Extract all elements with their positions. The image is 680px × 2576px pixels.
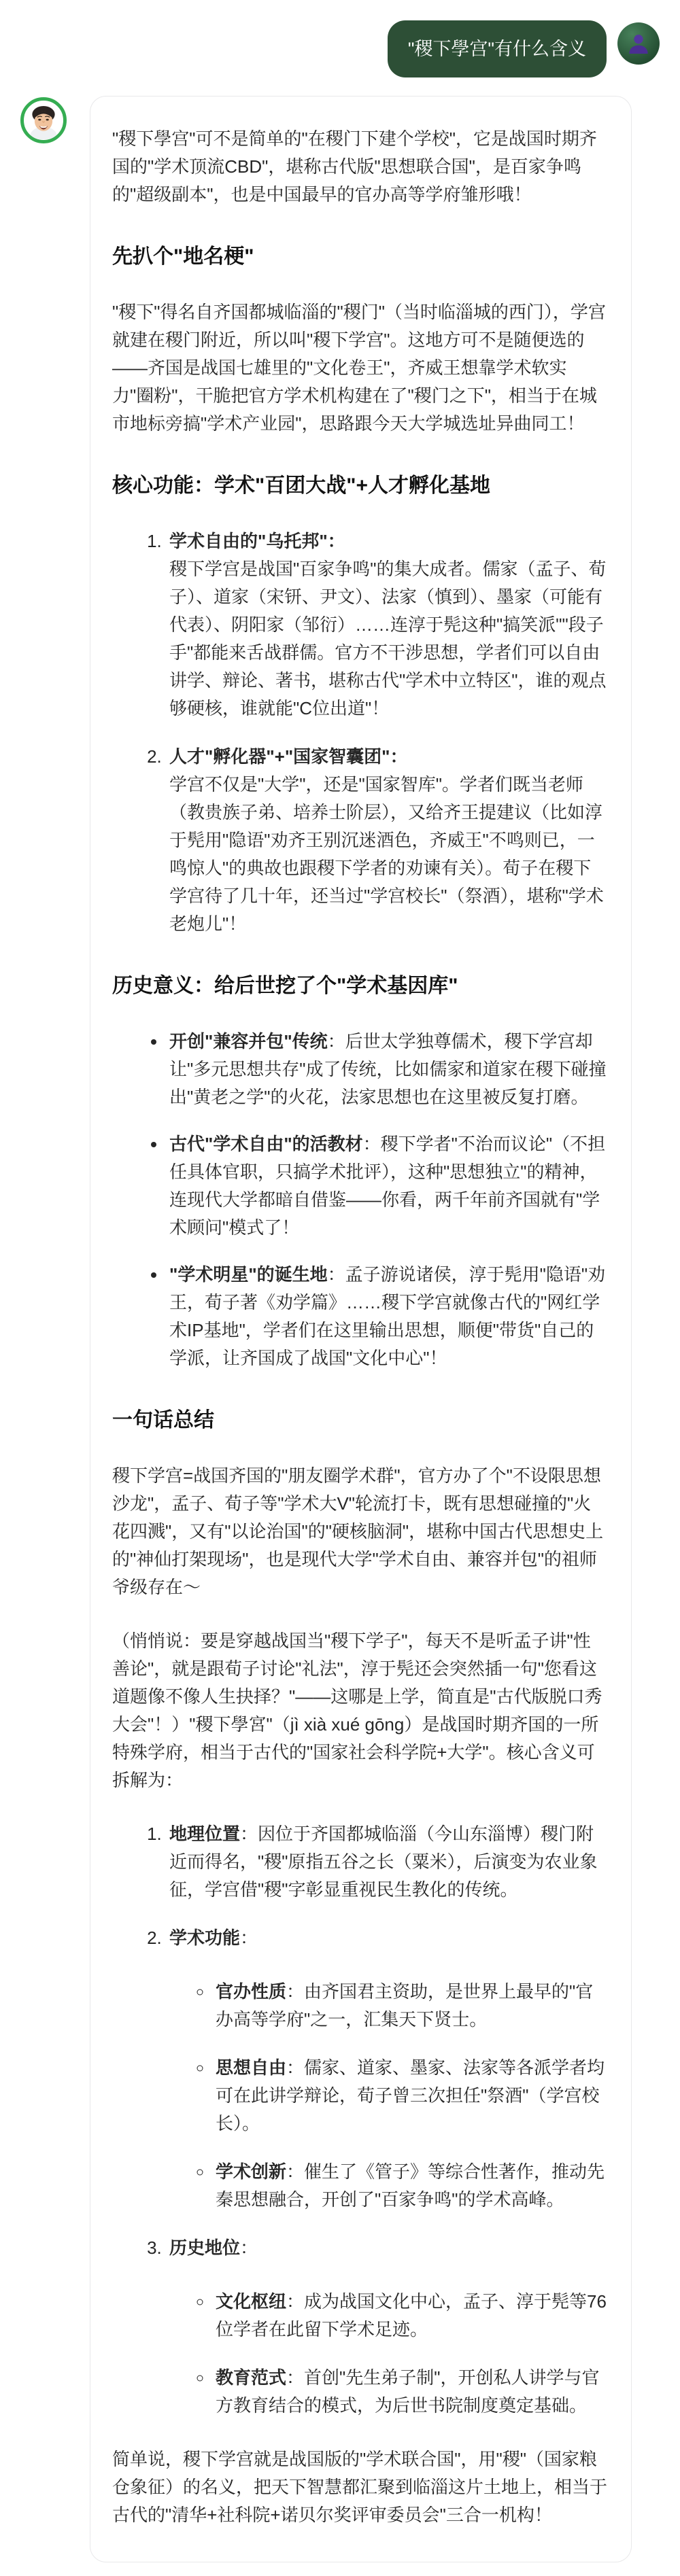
- paragraph: 稷下学宫=战国齐国的"朋友圈学术群"，官方办了个"不设限思想沙龙"，孟子、荀子等…: [112, 1462, 608, 1601]
- numbered-item: 历史地位：文化枢纽：成为战国文化中心，孟子、淳于髡等76位学者在此留下学术足迹。…: [167, 2234, 608, 2420]
- item-lead: 地理位置: [169, 1824, 240, 1844]
- item-lead: 文化枢纽: [216, 2291, 286, 2312]
- paragraph: "稷下學宫"可不是简单的"在稷门下建个学校"，它是战国时期齐国的"学术顶流CBD…: [112, 125, 608, 209]
- item-lead: 学术创新: [216, 2161, 286, 2182]
- assistant-message-bubble: "稷下學宫"可不是简单的"在稷门下建个学校"，它是战国时期齐国的"学术顶流CBD…: [90, 96, 632, 2562]
- numbered-list: 地理位置：因位于齐国都城临淄（今山东淄博）稷门附近而得名，"稷"原指五谷之长（粟…: [112, 1820, 608, 2420]
- section-heading: 历史意义：给后世挖了个"学术基因库": [112, 973, 608, 999]
- item-body: 稷下学宫是战国"百家争鸣"的集大成者。儒家（孟子、荀子）、道家（宋钘、尹文）、法…: [169, 555, 608, 723]
- user-message-row: "稷下學宫"有什么含义: [0, 20, 680, 77]
- item-lead: 开创"兼容并包"传统: [169, 1031, 328, 1051]
- item-lead: "学术明星"的诞生地: [169, 1264, 328, 1285]
- bullet-item: 古代"学术自由"的活教材：稷下学者"不治而议论"（不担任具体官职，只搞学术批评）…: [167, 1130, 608, 1242]
- section-heading: 先扒个"地名梗": [112, 244, 608, 270]
- assistant-avatar[interactable]: [20, 97, 67, 143]
- item-lead: 教育范式: [216, 2367, 286, 2388]
- item-title: 学术自由的"乌托邦"：: [169, 527, 608, 555]
- paragraph: （悄悄说：要是穿越战国当"稷下学子"，每天不是听孟子讲"性善论"，就是跟荀子讨论…: [112, 1627, 608, 1794]
- bullet-list: 开创"兼容并包"传统：后世太学独尊儒术，稷下学宫却让"多元思想共存"成了传统，比…: [112, 1028, 608, 1372]
- numbered-item: 人才"孵化器"+"国家智囊团"：学宫不仅是"大学"，还是"国家智库"。学者们既当…: [167, 743, 608, 938]
- section-heading: 核心功能：学术"百团大战"+人才孵化基地: [112, 473, 608, 499]
- item-body: 学宫不仅是"大学"，还是"国家智库"。学者们既当老师（教贵族子弟、培养士阶层），…: [169, 771, 608, 938]
- bullet-item: "学术明星"的诞生地：孟子游说诸侯，淳于髡用"隐语"劝王，荀子著《劝学篇》……稷…: [167, 1261, 608, 1372]
- assistant-face-image: [24, 101, 63, 139]
- assistant-message-row: "稷下學宫"可不是简单的"在稷门下建个学校"，它是战国时期齐国的"学术顶流CBD…: [0, 96, 680, 2562]
- numbered-item: 地理位置：因位于齐国都城临淄（今山东淄博）稷门附近而得名，"稷"原指五谷之长（粟…: [167, 1820, 608, 1904]
- bullet-item: 开创"兼容并包"传统：后世太学独尊儒术，稷下学宫却让"多元思想共存"成了传统，比…: [167, 1028, 608, 1111]
- item-lead: 历史地位: [169, 2238, 240, 2258]
- item-lead: 思想自由: [216, 2057, 286, 2078]
- item-lead: 古代"学术自由"的活教材: [169, 1134, 363, 1154]
- item-text: ：: [240, 2238, 258, 2258]
- sub-bullet-list: 文化枢纽：成为战国文化中心，孟子、淳于髡等76位学者在此留下学术足迹。教育范式：…: [169, 2288, 608, 2420]
- item-text: ：: [240, 1928, 258, 1948]
- sub-bullet-item: 官办性质：由齐国君主资助，是世界上最早的"官办高等学府"之一，汇集天下贤士。: [213, 1978, 608, 2034]
- sub-bullet-item: 思想自由：儒家、道家、墨家、法家等各派学者均可在此讲学辩论，荀子曾三次担任"祭酒…: [213, 2054, 608, 2138]
- numbered-list: 学术自由的"乌托邦"：稷下学宫是战国"百家争鸣"的集大成者。儒家（孟子、荀子）、…: [112, 527, 608, 938]
- item-lead: 学术功能: [169, 1928, 240, 1948]
- person-icon: [625, 30, 652, 57]
- user-avatar[interactable]: [617, 22, 660, 65]
- item-title: 人才"孵化器"+"国家智囊团"：: [169, 743, 608, 771]
- item-lead: 官办性质: [216, 1981, 286, 2002]
- sub-bullet-item: 教育范式：首创"先生弟子制"，开创私人讲学与官方教育结合的模式，为后世书院制度奠…: [213, 2364, 608, 2420]
- sub-bullet-list: 官办性质：由齐国君主资助，是世界上最早的"官办高等学府"之一，汇集天下贤士。思想…: [169, 1978, 608, 2214]
- sub-bullet-item: 学术创新：催生了《管子》等综合性著作，推动先秦思想融合，开创了"百家争鸣"的学术…: [213, 2158, 608, 2214]
- numbered-item: 学术功能：官办性质：由齐国君主资助，是世界上最早的"官办高等学府"之一，汇集天下…: [167, 1924, 608, 2214]
- numbered-item: 学术自由的"乌托邦"：稷下学宫是战国"百家争鸣"的集大成者。儒家（孟子、荀子）、…: [167, 527, 608, 723]
- user-message-bubble: "稷下學宫"有什么含义: [388, 20, 607, 77]
- paragraph: "稷下"得名自齐国都城临淄的"稷门"（当时临淄城的西门），学宫就建在稷门附近，所…: [112, 298, 608, 438]
- paragraph: 简单说，稷下学宫就是战国版的"学术联合国"，用"稷"（国家粮仓象征）的名义，把天…: [112, 2446, 608, 2529]
- chat-page: "稷下學宫"有什么含义 "稷下: [0, 0, 680, 2576]
- section-heading: 一句话总结: [112, 1408, 608, 1433]
- sub-bullet-item: 文化枢纽：成为战国文化中心，孟子、淳于髡等76位学者在此留下学术足迹。: [213, 2288, 608, 2344]
